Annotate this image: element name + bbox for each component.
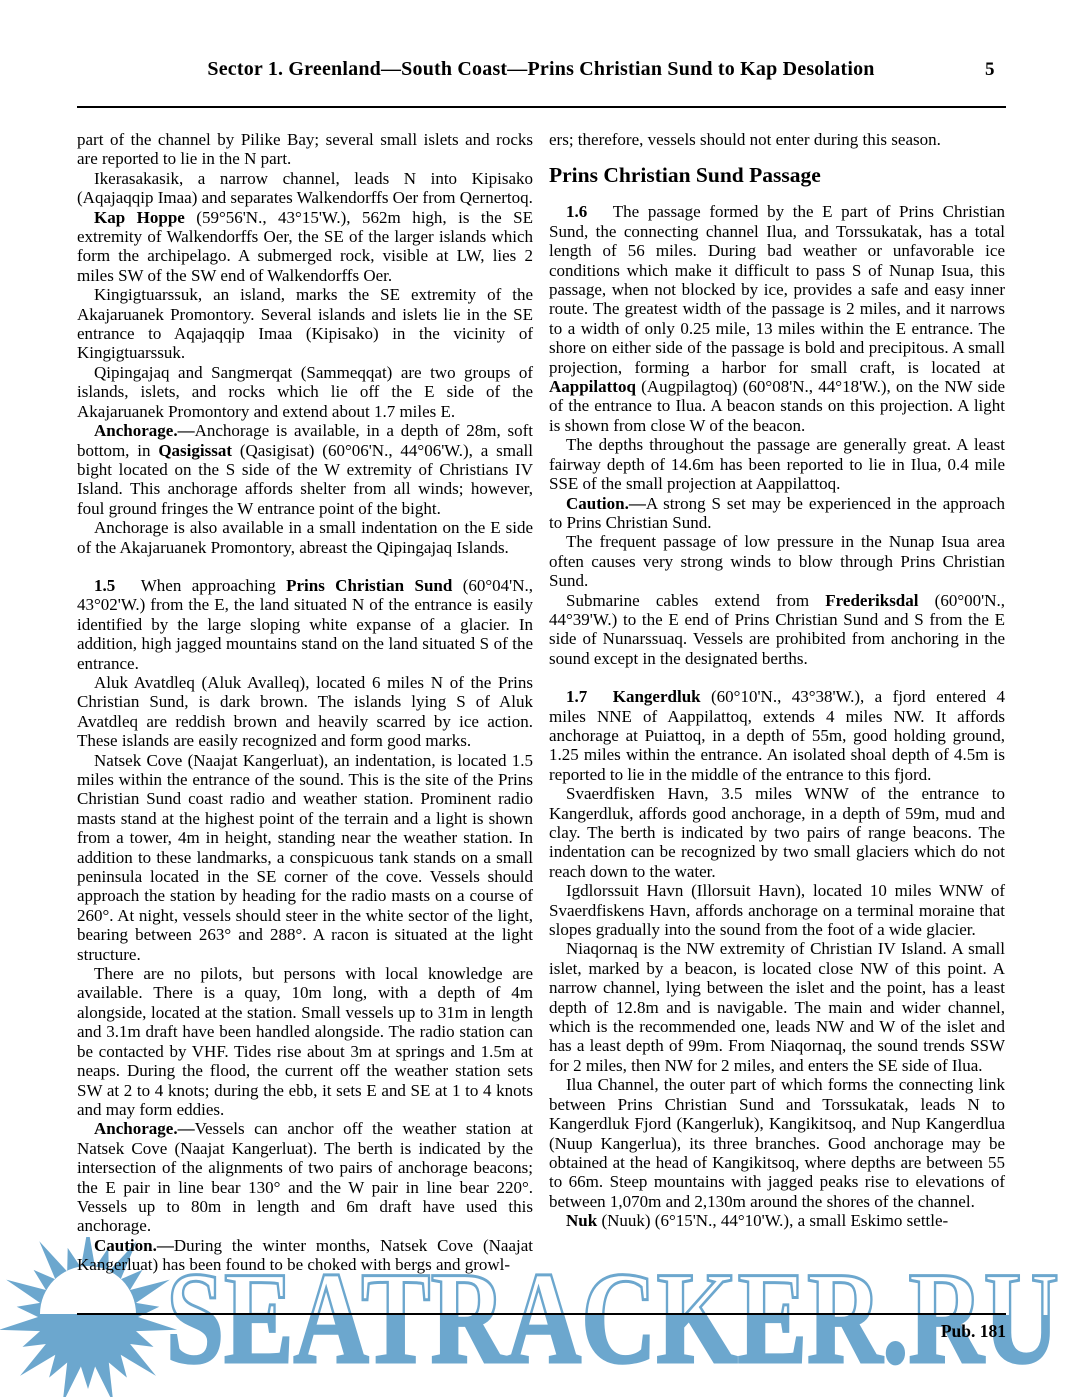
paragraph: Caution.—A strong S set may be experienc… xyxy=(549,494,1005,533)
paragraph: Igdlorssuit Havn (Illorsuit Havn), locat… xyxy=(549,881,1005,939)
paragraph: 1.5 When approaching Prins Christian Sun… xyxy=(77,576,533,673)
paragraph: Natsek Cove (Naajat Kangerluat), an inde… xyxy=(77,751,533,964)
paragraph: part of the channel by Pilike Bay; sever… xyxy=(77,130,533,169)
paragraph: Ikerasakasik, a narrow channel, leads N … xyxy=(77,169,533,208)
paragraph: The frequent passage of low pressure in … xyxy=(549,532,1005,590)
paragraph: 1.7 Kangerdluk (60°10'N., 43°38'W.), a f… xyxy=(549,687,1005,784)
paragraph: Anchorage is also available in a small i… xyxy=(77,518,533,557)
paragraph: Anchorage.—Anchorage is available, in a … xyxy=(77,421,533,518)
footer-rule xyxy=(77,1313,1006,1315)
paragraph: Svaerdfisken Havn, 3.5 miles WNW of the … xyxy=(549,784,1005,881)
paragraph: 1.6 The passage formed by the E part of … xyxy=(549,202,1005,435)
page-number: 5 xyxy=(985,59,995,81)
publication-number: Pub. 181 xyxy=(77,1321,1006,1342)
paragraph: Nuk (Nuuk) (6°15'N., 44°10'W.), a small … xyxy=(549,1211,1005,1230)
paragraph: Ilua Channel, the outer part of which fo… xyxy=(549,1075,1005,1211)
page-title: Sector 1. Greenland—South Coast—Prins Ch… xyxy=(77,58,1005,81)
column-left: part of the channel by Pilike Bay; sever… xyxy=(77,130,533,1275)
paragraph: The depths throughout the passage are ge… xyxy=(549,435,1005,493)
paragraph: Aluk Avatdleq (Aluk Avalleq), located 6 … xyxy=(77,673,533,751)
paragraph: There are no pilots, but persons with lo… xyxy=(77,964,533,1119)
header-rule xyxy=(77,106,1006,108)
text-body: part of the channel by Pilike Bay; sever… xyxy=(77,130,1006,1275)
paragraph: ers; therefore, vessels should not enter… xyxy=(549,130,1005,149)
paragraph: Anchorage.—Vessels can anchor off the we… xyxy=(77,1119,533,1235)
paragraph: Caution.—During the winter months, Natse… xyxy=(77,1236,533,1275)
paragraph: Kingigtuarssuk, an island, marks the SE … xyxy=(77,285,533,363)
paragraph: Submarine cables extend from Frederiksda… xyxy=(549,591,1005,669)
section-heading: Prins Christian Sund Passage xyxy=(549,163,1005,187)
column-right: ers; therefore, vessels should not enter… xyxy=(549,130,1005,1275)
document-page: SEATRACKER.RU SEATRACKER.RU Sector 1. Gr… xyxy=(0,0,1080,1397)
paragraph: Qipingajaq and Sangmerqat (Sammeqqat) ar… xyxy=(77,363,533,421)
paragraph: Niaqornaq is the NW extremity of Christi… xyxy=(549,939,1005,1075)
paragraph: Kap Hoppe (59°56'N., 43°15'W.), 562m hig… xyxy=(77,208,533,286)
